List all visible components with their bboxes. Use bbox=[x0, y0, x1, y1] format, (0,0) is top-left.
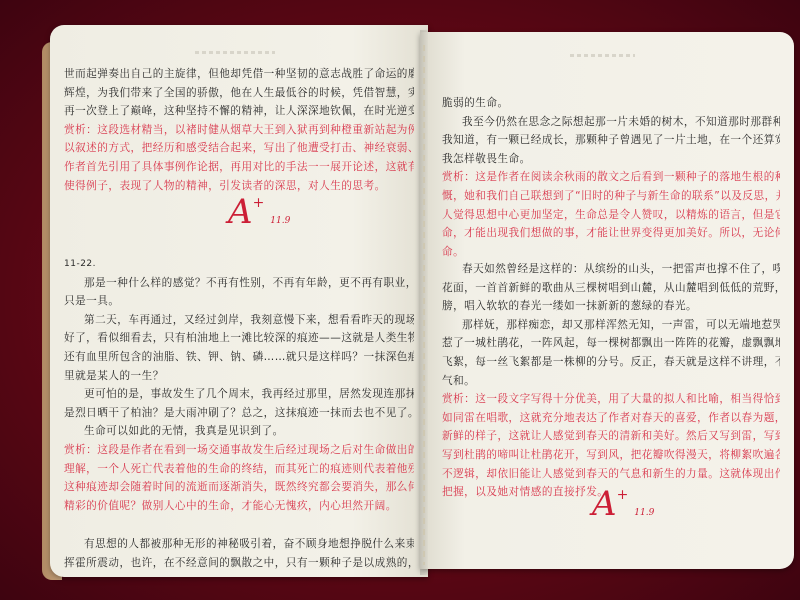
essay-line: 里就是某人的一生？ bbox=[64, 367, 414, 386]
page-header-dots bbox=[195, 51, 275, 54]
right-block-2: 春天如然曾经是这样的：从缤纷的山头，一把雷声也撑不住了，噗嗤噗嗤的一声，树枝倒开… bbox=[442, 260, 780, 502]
comment-line: 如同雷在唱歌，这就充分地表达了作者对春天的喜爱，作者以春为题，生动地描写出春天的 bbox=[442, 409, 780, 428]
right-block-1: 脆弱的生命。 我至今仍然在思念之际想起那一片未婚的树木，不知道那时那群种子中，有… bbox=[442, 94, 780, 261]
open-notebook: 世而起弹奏出自己的主旋律，但他却凭借一种坚韧的意志战胜了命运的磨难，逆变！他竟又… bbox=[22, 10, 792, 585]
essay-line: 第二天，车再通过，又经过剑岸，我刻意慢下来，想看看昨天的现场，一切痕迹都当然早已… bbox=[64, 311, 414, 330]
essay-line: 膀，唱入软软的春光一缕如一抹新新的葱绿的春光。 bbox=[442, 297, 780, 316]
grade-date: 11.9 bbox=[634, 508, 654, 518]
comment-line: 作者首先引用了具体事例作论据，再用对比的手法一一展开论述，这就有理有据的例子作为… bbox=[64, 158, 414, 177]
comment-line: 命，才能出现我们想做的事，才能让世界变得更加美好。所以，无论何时，我们都要敬畏生… bbox=[442, 224, 780, 243]
comment-line: 不逻辑，却依旧能让人感觉到春天的气息和新生的力量。这就体现出作者对春天美好的景象… bbox=[442, 465, 780, 484]
comment-line: 命。 bbox=[442, 243, 780, 262]
comment-line: 这种痕迹却会随着时间的流逝而逐渐消失，既然终究都会要消失，那么何不让自己的生命有 bbox=[64, 478, 414, 497]
comment-line: 精彩的价值呢？做别人心中的生命，才能心无愧疚，内心坦然开阔。 bbox=[64, 497, 414, 516]
essay-line: 惹了一城杜鹃花，一阵风起，每一棵树都飘出一阵阵的花瓣，虚飘飘地说也说不清，听也听… bbox=[442, 334, 780, 353]
essay-line: 春天如然曾经是这样的：从缤纷的山头，一把雷声也撑不住了，噗嗤噗嗤的一声，树枝倒开… bbox=[442, 260, 780, 279]
grade-plus: + bbox=[253, 195, 265, 211]
essay-line: 生命可以如此的无情，我真是见识到了。 bbox=[64, 422, 414, 441]
essay-line: 好了，看似细看去，只有柏油地上一滩比较深的痕迹——这就是人类生物性的留痕吧？当然… bbox=[64, 329, 414, 348]
essay-line: 那是一种什么样的感觉？不再有性别，不再有年龄，更不再有职业，不再有智慧，不再有美… bbox=[64, 274, 414, 293]
essay-line: 只是一具。 bbox=[64, 292, 414, 311]
comment-line: 慨，她和我们自己联想到了“旧时的种子与新生命的联系”以及反思，并就生命从一个小生… bbox=[442, 187, 780, 206]
essay-line: 我怎样敬畏生命。 bbox=[442, 150, 780, 169]
page-header-dots bbox=[570, 54, 635, 57]
comment-line: 赏析：这段选材精当，以褚时健从烟草大王到入狱再到种橙重新站起为例，说明了面对挫折… bbox=[64, 121, 414, 140]
essay-line: 是烈日晒干了柏油？是大雨冲刷了？总之，这抹痕迹一抹而去也不见了。 bbox=[64, 404, 414, 423]
essay-line: 有思想的人都被那种无形的神秘吸引着，奋不顾身地想挣脱什么来束缚，我不能不被生命奇… bbox=[64, 535, 414, 554]
essay-line: 辉煌，为我们带来了全国的骄傲，他在人生最低谷的时候，凭借智慧，实现了一次绝地反弹… bbox=[64, 84, 414, 103]
grade-plus: + bbox=[617, 487, 629, 503]
left-block-1: 世而起弹奏出自己的主旋律，但他却凭借一种坚韧的意志战胜了命运的磨难，逆变！他竟又… bbox=[64, 65, 414, 195]
entry-date: 11-22. bbox=[64, 255, 414, 274]
essay-line: 飞絮，每一丝飞絮都是一株柳的分号。反正，春天就是这样不讲理，不逻辑，而仍可以好得… bbox=[442, 353, 780, 372]
essay-line: 脆弱的生命。 bbox=[442, 94, 780, 113]
essay-line: 花面，一首首新鲜的歌曲从三棵树唱到山麓，从山麓唱到低低的荒野，唱入篱落，唱入一只… bbox=[442, 279, 780, 298]
comment-line: 赏析：这段是作者在看到一场交通事故发生后经过现场之后对生命做出的感慨和精彩的 bbox=[64, 441, 414, 460]
essay-line: 世而起弹奏出自己的主旋律，但他却凭借一种坚韧的意志战胜了命运的磨难，逆变！他竟又… bbox=[64, 65, 414, 84]
essay-line: 我知道，有一颗已经成长，那颗种子曾遇见了一片土地，在一个还算宽阔的缝隙里蔚然成荫… bbox=[442, 131, 780, 150]
essay-line: 再一次登上了巅峰，这种坚持不懈的精神，让人深深地钦佩，在时光逆变中感受到了新的生… bbox=[64, 102, 414, 121]
left-block-3: 有思想的人都被那种无形的神秘吸引着，奋不顾身地想挣脱什么来束缚，我不能不被生命奇… bbox=[64, 535, 414, 572]
comment-line: 以叙述的方式，把经历和感受结合起来，写出了他遭受打击、神经衰弱、获得巨大利润，他… bbox=[64, 139, 414, 158]
comment-line: 理解，一个人死亡代表着他的生命的终结，而其死亡的痕迹则代表着他残缺的人生，但是 bbox=[64, 460, 414, 479]
essay-line: 气和。 bbox=[442, 372, 780, 391]
comment-line: 人觉得思想中心更加坚定，生命总是令人赞叹，以精炼的语言，但是它还是因为有了清生 bbox=[442, 206, 780, 225]
essay-line: 挥霍所震动，也许，在不经意间的飘散之中，只有一颗种子是以成熟的，但造物主乐于做这… bbox=[64, 554, 414, 573]
essay-line: 我至今仍然在思念之际想起那一片未婚的树木，不知道那时那群种子中，有那一颗成了树木… bbox=[442, 113, 780, 132]
grade-letter: A bbox=[592, 484, 617, 524]
grade-date: 11.9 bbox=[270, 216, 290, 226]
right-page: 脆弱的生命。 我至今仍然在思念之际想起那一片未婚的树木，不知道那时那群种子中，有… bbox=[420, 32, 794, 569]
grade-mark-1: A+11.9 bbox=[228, 195, 290, 229]
grade-letter: A bbox=[228, 192, 253, 232]
grade-mark-2: A+11.9 bbox=[592, 487, 654, 521]
comment-line: 新鲜的样子，这就让人感觉到春天的清新和美好。然后又写到雷，写到雷声变成万物欢唱的… bbox=[442, 427, 780, 446]
essay-line: 还有血里所包含的油脂、铁、钾、钠、磷……就只是这样吗？一抹深色痕迹，不知道的人怎… bbox=[64, 348, 414, 367]
comment-line: 赏析：这一段文字写得十分优美，用了大量的拟人和比喻，相当得恰到好处，把雷声比作沉… bbox=[442, 390, 780, 409]
comment-line: 赏析：这是作者在阅读余秋雨的散文之后看到一颗种子的落地生根的种子带来的震撼和内心… bbox=[442, 168, 780, 187]
essay-line: 更可怕的是，事故发生了几个周末，我再经过那里，居然发现连那抹痕迹也不见了，是当成… bbox=[64, 385, 414, 404]
left-block-2: 11-22. 那是一种什么样的感觉？不再有性别，不再有年龄，更不再有职业，不再有… bbox=[64, 255, 414, 515]
left-page: 世而起弹奏出自己的主旋律，但他却凭借一种坚韧的意志战胜了命运的磨难，逆变！他竟又… bbox=[50, 25, 428, 577]
comment-line: 写到杜鹃的啼叫让杜鹃花开，写到风，把花瓣吹得漫天，将柳絮吹遍各处，反正春天就是这… bbox=[442, 446, 780, 465]
binding-stitches bbox=[423, 45, 425, 565]
essay-line: 那样妩，那样痴恋，却又那样浑然无知，一声雷，可以无端地惹哭满天的云，一阵杜鹃啼，… bbox=[442, 316, 780, 335]
